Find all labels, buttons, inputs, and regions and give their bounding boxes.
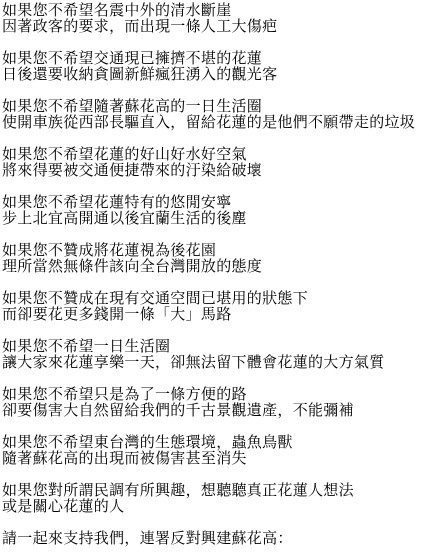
text-line: 使開車族從西部長驅直入，留給花蓮的是他們不願帶走的垃圾 <box>2 114 442 130</box>
text-line: 如果您不贊成在現有交通空間已堪用的狀態下 <box>2 290 442 306</box>
text-line: 日後還要收納貪圖新鮮瘋狂湧入的觀光客 <box>2 66 442 82</box>
text-line: 如果您不希望名震中外的清水斷崖 <box>2 2 442 18</box>
text-line: 如果您不希望只是為了一條方便的路 <box>2 386 442 402</box>
paragraph-ecology: 如果您不希望東台灣的生態環境，蟲魚鳥獸 隨著蘇花高的出現而被傷害甚至消失 <box>2 434 442 466</box>
text-line: 如果您不希望交通現已擁擠不堪的花蓮 <box>2 50 442 66</box>
text-line: 如果您不希望一日生活圈 <box>2 338 442 354</box>
text-line: 如果您不希望東台灣的生態環境，蟲魚鳥獸 <box>2 434 442 450</box>
text-line: 或是關心花蓮的人 <box>2 498 442 514</box>
paragraph-backyard: 如果您不贊成將花蓮視為後花園 理所當然無條件該向全台灣開放的態度 <box>2 242 442 274</box>
text-line: 因著政客的要求，而出現一條人工大傷疤 <box>2 18 442 34</box>
text-line: 步上北宜高開通以後宜蘭生活的後塵 <box>2 210 442 226</box>
paragraph-one-day-circle: 如果您不希望隨著蘇花高的一日生活圈 使開車族從西部長驅直入，留給花蓮的是他們不願… <box>2 98 442 130</box>
text-line: 如果您不希望隨著蘇花高的一日生活圈 <box>2 98 442 114</box>
paragraph-day-trip: 如果您不希望一日生活圈 讓大家來花蓮享樂一天，卻無法留下體會花蓮的大方氣質 <box>2 338 442 370</box>
paragraph-big-road: 如果您不贊成在現有交通空間已堪用的狀態下 而卻要花更多錢開一條「大」馬路 <box>2 290 442 322</box>
petition-text-document: 如果您不希望名震中外的清水斷崖 因著政客的要求，而出現一條人工大傷疤 如果您不希… <box>2 2 442 557</box>
text-line: 隨著蘇花高的出現而被傷害甚至消失 <box>2 450 442 466</box>
paragraph-poll: 如果您對所謂民調有所興趣，想聽聽真正花蓮人想法 或是關心花蓮的人 <box>2 482 442 514</box>
text-line: 讓大家來花蓮享樂一天，卻無法留下體會花蓮的大方氣質 <box>2 354 442 370</box>
paragraph-cliff: 如果您不希望名震中外的清水斷崖 因著政客的要求，而出現一條人工大傷疤 <box>2 2 442 34</box>
text-line: 如果您對所謂民調有所興趣，想聽聽真正花蓮人想法 <box>2 482 442 498</box>
call-to-action-text: 請一起來支持我們，連署反對興建蘇花高： <box>2 530 442 546</box>
paragraph-tranquility: 如果您不希望花蓮特有的悠閒安寧 步上北宜高開通以後宜蘭生活的後塵 <box>2 194 442 226</box>
paragraph-heritage: 如果您不希望只是為了一條方便的路 卻要傷害大自然留給我們的千古景觀遺產，不能彌補 <box>2 386 442 418</box>
text-line: 而卻要花更多錢開一條「大」馬路 <box>2 306 442 322</box>
text-line: 如果您不贊成將花蓮視為後花園 <box>2 242 442 258</box>
text-line: 如果您不希望花蓮的好山好水好空氣 <box>2 146 442 162</box>
paragraph-call-to-action: 請一起來支持我們，連署反對興建蘇花高： <box>2 530 442 546</box>
paragraph-traffic: 如果您不希望交通現已擁擠不堪的花蓮 日後還要收納貪圖新鮮瘋狂湧入的觀光客 <box>2 50 442 82</box>
paragraph-environment: 如果您不希望花蓮的好山好水好空氣 將來得要被交通便捷帶來的汙染給破壞 <box>2 146 442 178</box>
text-line: 理所當然無條件該向全台灣開放的態度 <box>2 258 442 274</box>
text-line: 如果您不希望花蓮特有的悠閒安寧 <box>2 194 442 210</box>
text-line: 將來得要被交通便捷帶來的汙染給破壞 <box>2 162 442 178</box>
text-line: 卻要傷害大自然留給我們的千古景觀遺產，不能彌補 <box>2 402 442 418</box>
